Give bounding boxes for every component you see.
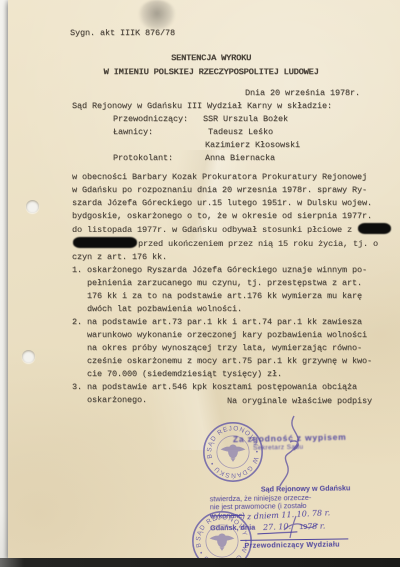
document-line: do listopada 1977r. w Gdańsku odbywał st… (72, 223, 400, 237)
redaction-mark (358, 223, 391, 234)
document-line: 176 kk i za to na podstawie art.176 kk w… (87, 290, 400, 303)
case-number: Sygn. akt IIIK 876/78 (70, 28, 175, 38)
panel-role: Przewodniczący: (113, 114, 188, 124)
panel-name: SSR Urszula Bożek (203, 114, 288, 124)
signer-role: Przewodniczący Wydziału (244, 540, 400, 551)
chairman-signature (276, 514, 320, 540)
ink-smudge-mark (138, 0, 176, 30)
document-line: 2. na podstawie art.73 par.1 kk i art.74… (72, 316, 400, 329)
panel-role: Protokolant: (113, 153, 173, 163)
secretary-signature (260, 412, 320, 490)
document-line: w obecności Barbary Kozak Prokuratora Pr… (72, 171, 400, 184)
document-line: bydgoskie, oskarżonego o to, że w okresi… (72, 210, 400, 223)
document-title: SENTENCJA WYROKU (8, 53, 400, 63)
document-line: 3. na podstawie art.546 kpk kosztami pos… (72, 381, 400, 394)
document-subtitle: W IMIENIU POLSKIEJ RZECZYPOSPOLITEJ LUDO… (8, 67, 400, 77)
judgment-date: Dnia 20 września 1978r. (245, 88, 360, 98)
closing-note: Na oryginale właściwe podpisy (227, 396, 372, 406)
panel-name: Tadeusz Leśko (208, 127, 273, 137)
document-line: pełnienia zarzucanego mu czynu, tj. prze… (87, 277, 400, 290)
punch-hole (22, 350, 35, 363)
document-line: w Gdańsku po rozpoznaniu dnia 20 wrzesni… (72, 184, 400, 197)
document-body: w obecności Barbary Kozak Prokuratora Pr… (72, 171, 400, 407)
document-line: dwóch lat pozbawienia wolności. (87, 303, 400, 316)
court-composition-heading: Sąd Rejonowy w Gdańsku III Wydział Karny… (72, 101, 332, 111)
document-line: cie 70.000 (siedemdziesiąt tysięcy) zł. (87, 368, 400, 381)
document-line: warunkowo wykonanie orzeczonej kary pozb… (87, 329, 400, 342)
document-page: Sygn. akt IIIK 876/78 SENTENCJA WYROKU W… (8, 0, 400, 558)
document-line: cześnie oskarżonemu z mocy art.75 par.1 … (87, 355, 400, 368)
photo-background: Sygn. akt IIIK 876/78 SENTENCJA WYROKU W… (0, 0, 400, 567)
document-line: czyn z art. 176 kk. (72, 251, 400, 264)
panel-name: Kazimierz Kłosowski (205, 140, 300, 150)
panel-name: Anna Biernacka (205, 153, 275, 163)
document-line: na okres próby wynoszącej trzy lata, wym… (87, 342, 400, 355)
photo-bottom-edge (0, 558, 400, 567)
document-line: szarda Józefa Góreckiego ur.15 lutego 19… (72, 197, 400, 210)
document-line: przed ukończeniem przez nią 15 roku życi… (72, 237, 400, 251)
court-round-seal: SĄD REJONOWY • W GDAŃSKU • B • (191, 510, 253, 558)
redaction-mark (73, 237, 137, 248)
document-line: 1. oskarżonego Ryszarda Józefa Góreckieg… (72, 264, 400, 277)
punch-hole (26, 200, 39, 213)
panel-role: Ławnicy: (113, 127, 153, 137)
eagle-emblem-icon (210, 534, 235, 551)
